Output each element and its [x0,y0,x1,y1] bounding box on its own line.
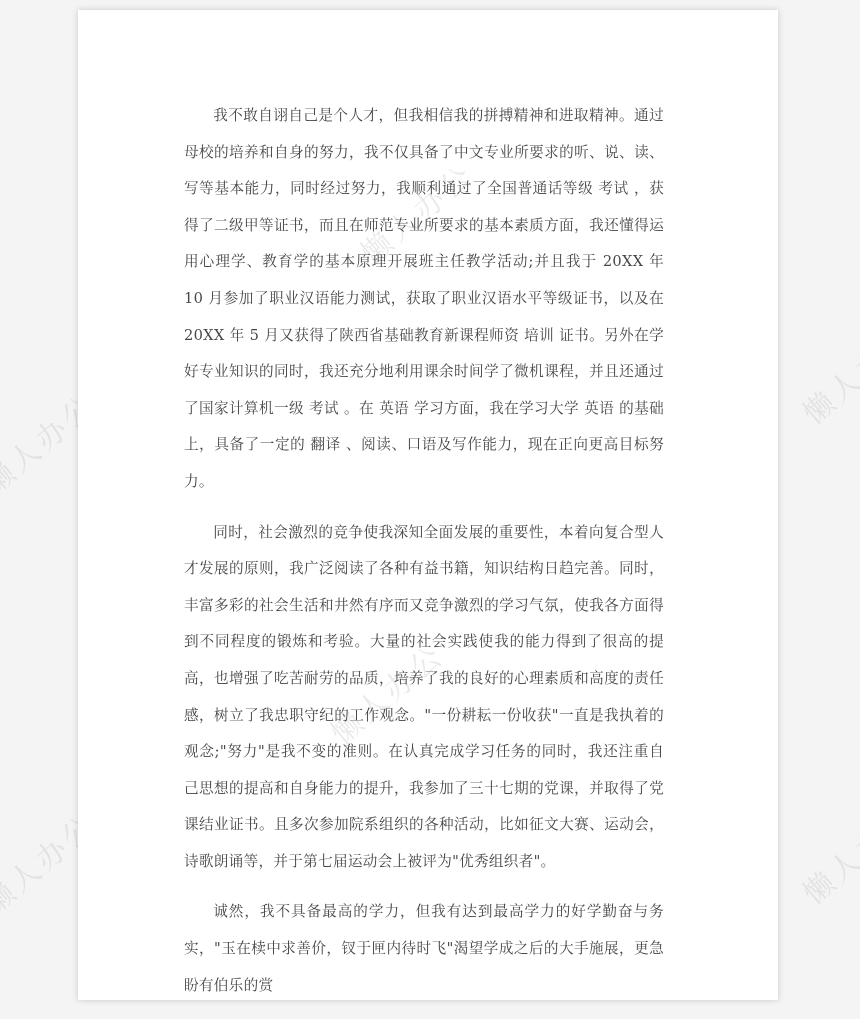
paragraph-3: 诚然，我不具备最高的学力，但我有达到最高学力的好学勤奋与务实，"玉在椟中求善价，… [184,894,664,1000]
paragraph-2: 同时，社会激烈的竞争使我深知全面发展的重要性，本着向复合型人才发展的原则，我广泛… [184,515,664,881]
document-body: 我不敢自诩自己是个人才，但我相信我的拼搏精神和进取精神。通过母校的培养和自身的努… [184,98,664,1000]
watermark: 懒人办公 [792,791,860,912]
document-page: 懒人办公 懒人办公 我不敢自诩自己是个人才，但我相信我的拼搏精神和进取精神。通过… [78,10,778,1000]
watermark: 懒人办公 [792,311,860,432]
paragraph-1: 我不敢自诩自己是个人才，但我相信我的拼搏精神和进取精神。通过母校的培养和自身的努… [184,98,664,501]
